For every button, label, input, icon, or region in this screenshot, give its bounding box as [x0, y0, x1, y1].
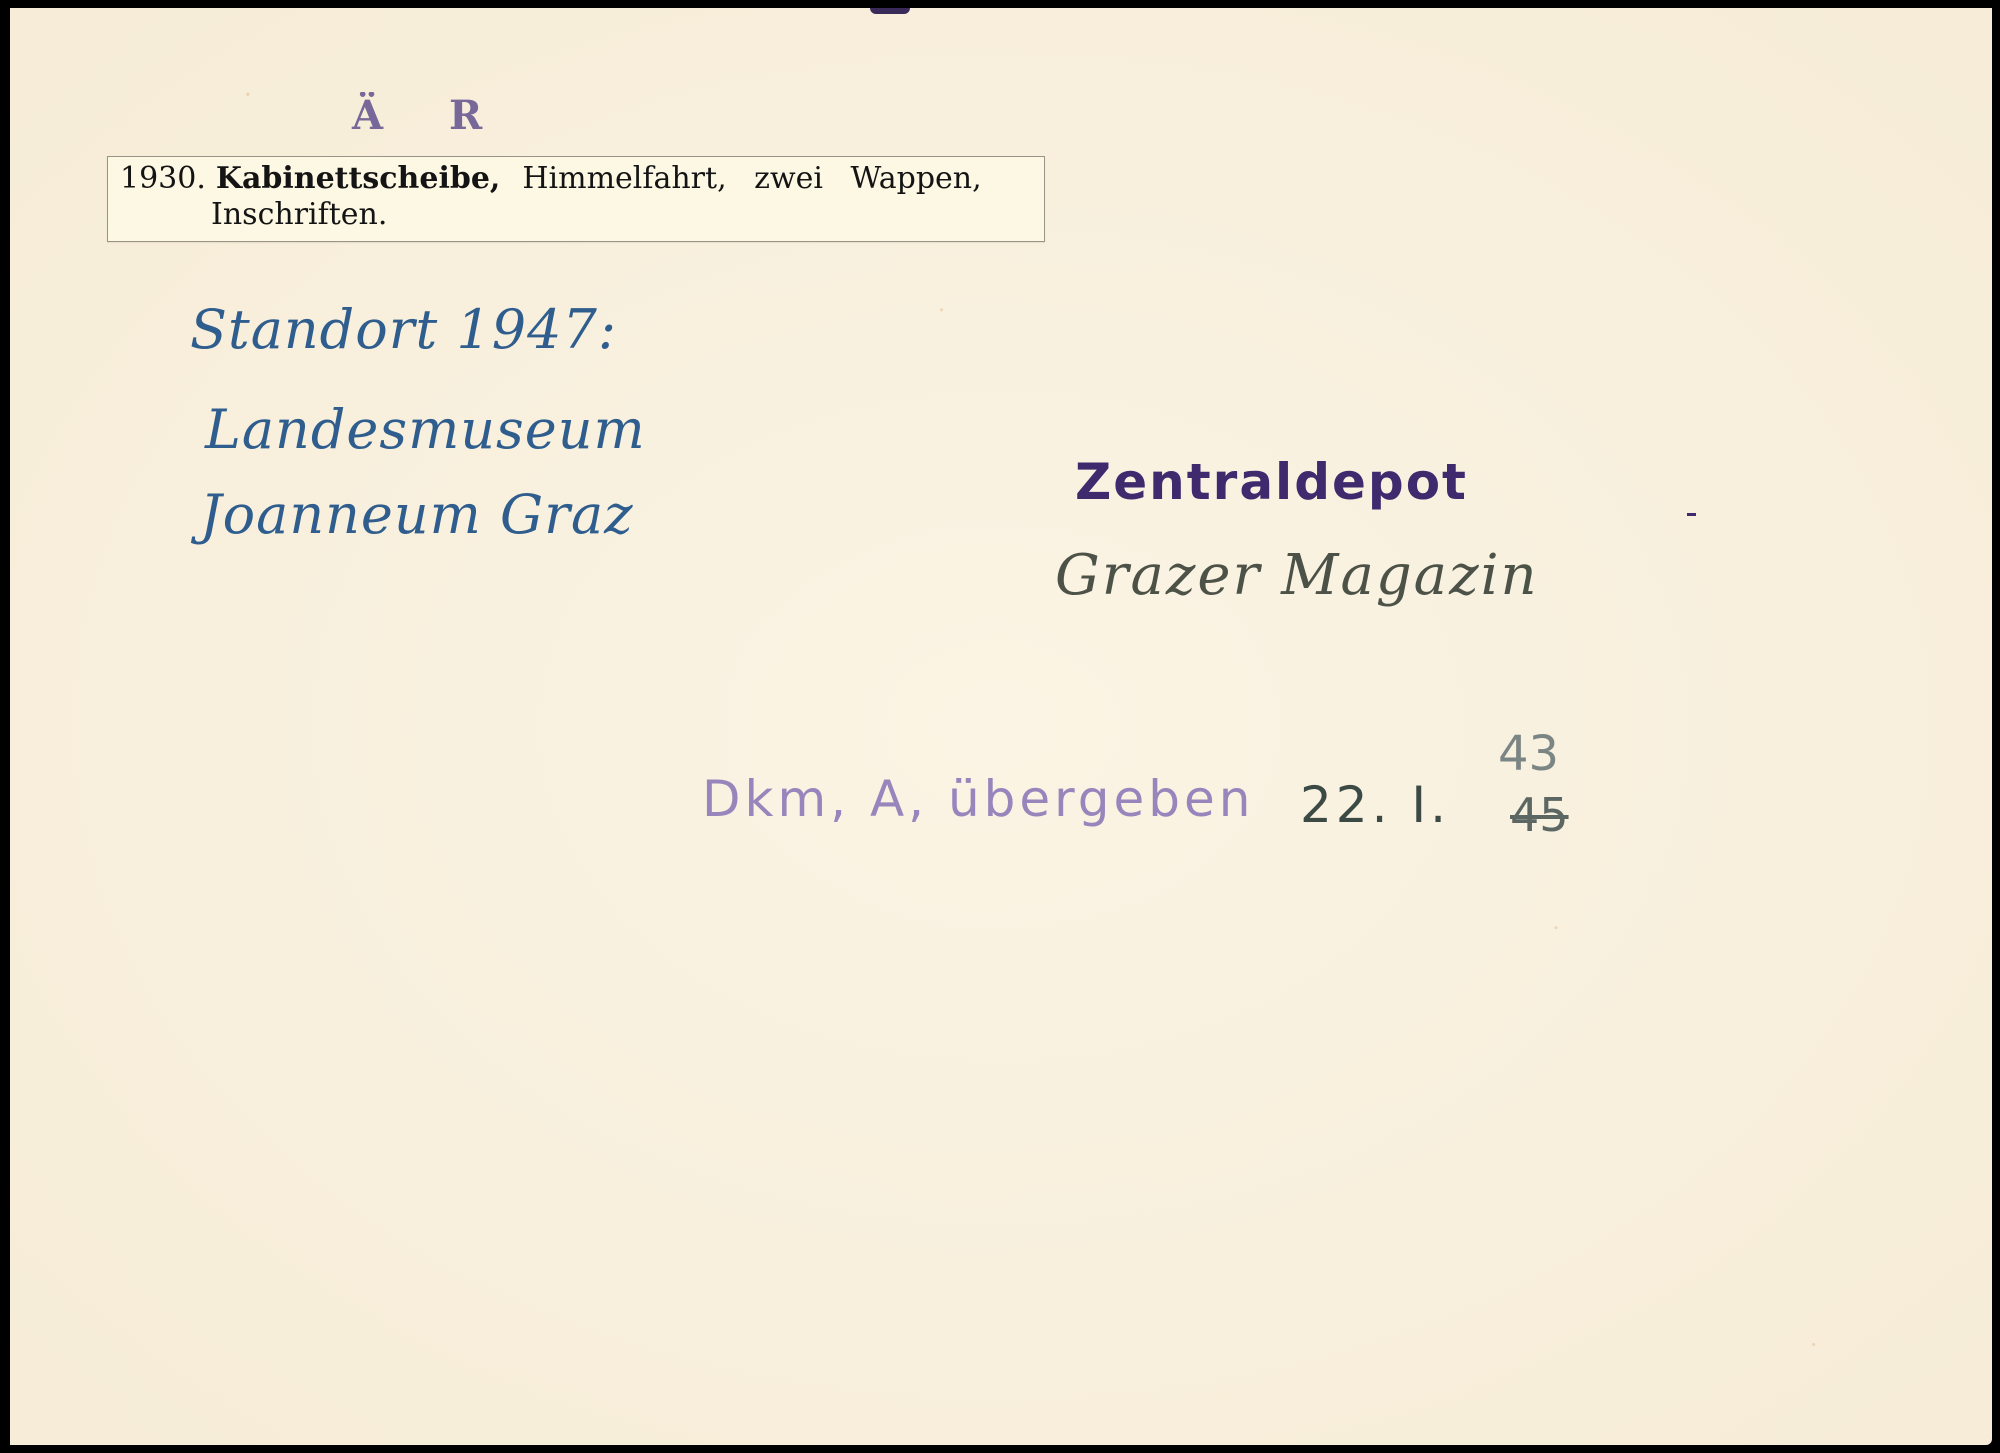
- ink-mark: [870, 8, 910, 14]
- location-note-line-2: Landesmuseum: [205, 398, 646, 461]
- transfer-date: 22. I.: [1300, 776, 1450, 834]
- ink-dash: [1687, 513, 1696, 516]
- stamp-ar: Ä R: [352, 92, 508, 139]
- label-line-2: Inschriften.: [211, 197, 387, 232]
- label-description: Himmelfahrt, zwei Wappen,: [522, 161, 981, 196]
- label-title: Kabinettscheibe,: [216, 161, 500, 196]
- transfer-year-struck: 45: [1510, 788, 1569, 842]
- transfer-year-corrected: 43: [1498, 726, 1559, 782]
- archive-card: Ä R 1930.Kabinettscheibe,Himmelfahrt, zw…: [10, 8, 1992, 1445]
- depot-stamp: Zentraldepot: [1075, 453, 1468, 511]
- printed-label: 1930.Kabinettscheibe,Himmelfahrt, zwei W…: [107, 156, 1045, 242]
- depot-note: Grazer Magazin: [1055, 543, 1539, 608]
- location-note-line-1: Standort 1947:: [190, 298, 617, 361]
- location-note-line-3: Joanneum Graz: [200, 483, 634, 546]
- transfer-stamp: Dkm, A, übergeben: [702, 770, 1255, 828]
- label-line-1: 1930.Kabinettscheibe,Himmelfahrt, zwei W…: [120, 161, 982, 196]
- label-year: 1930.: [120, 161, 206, 196]
